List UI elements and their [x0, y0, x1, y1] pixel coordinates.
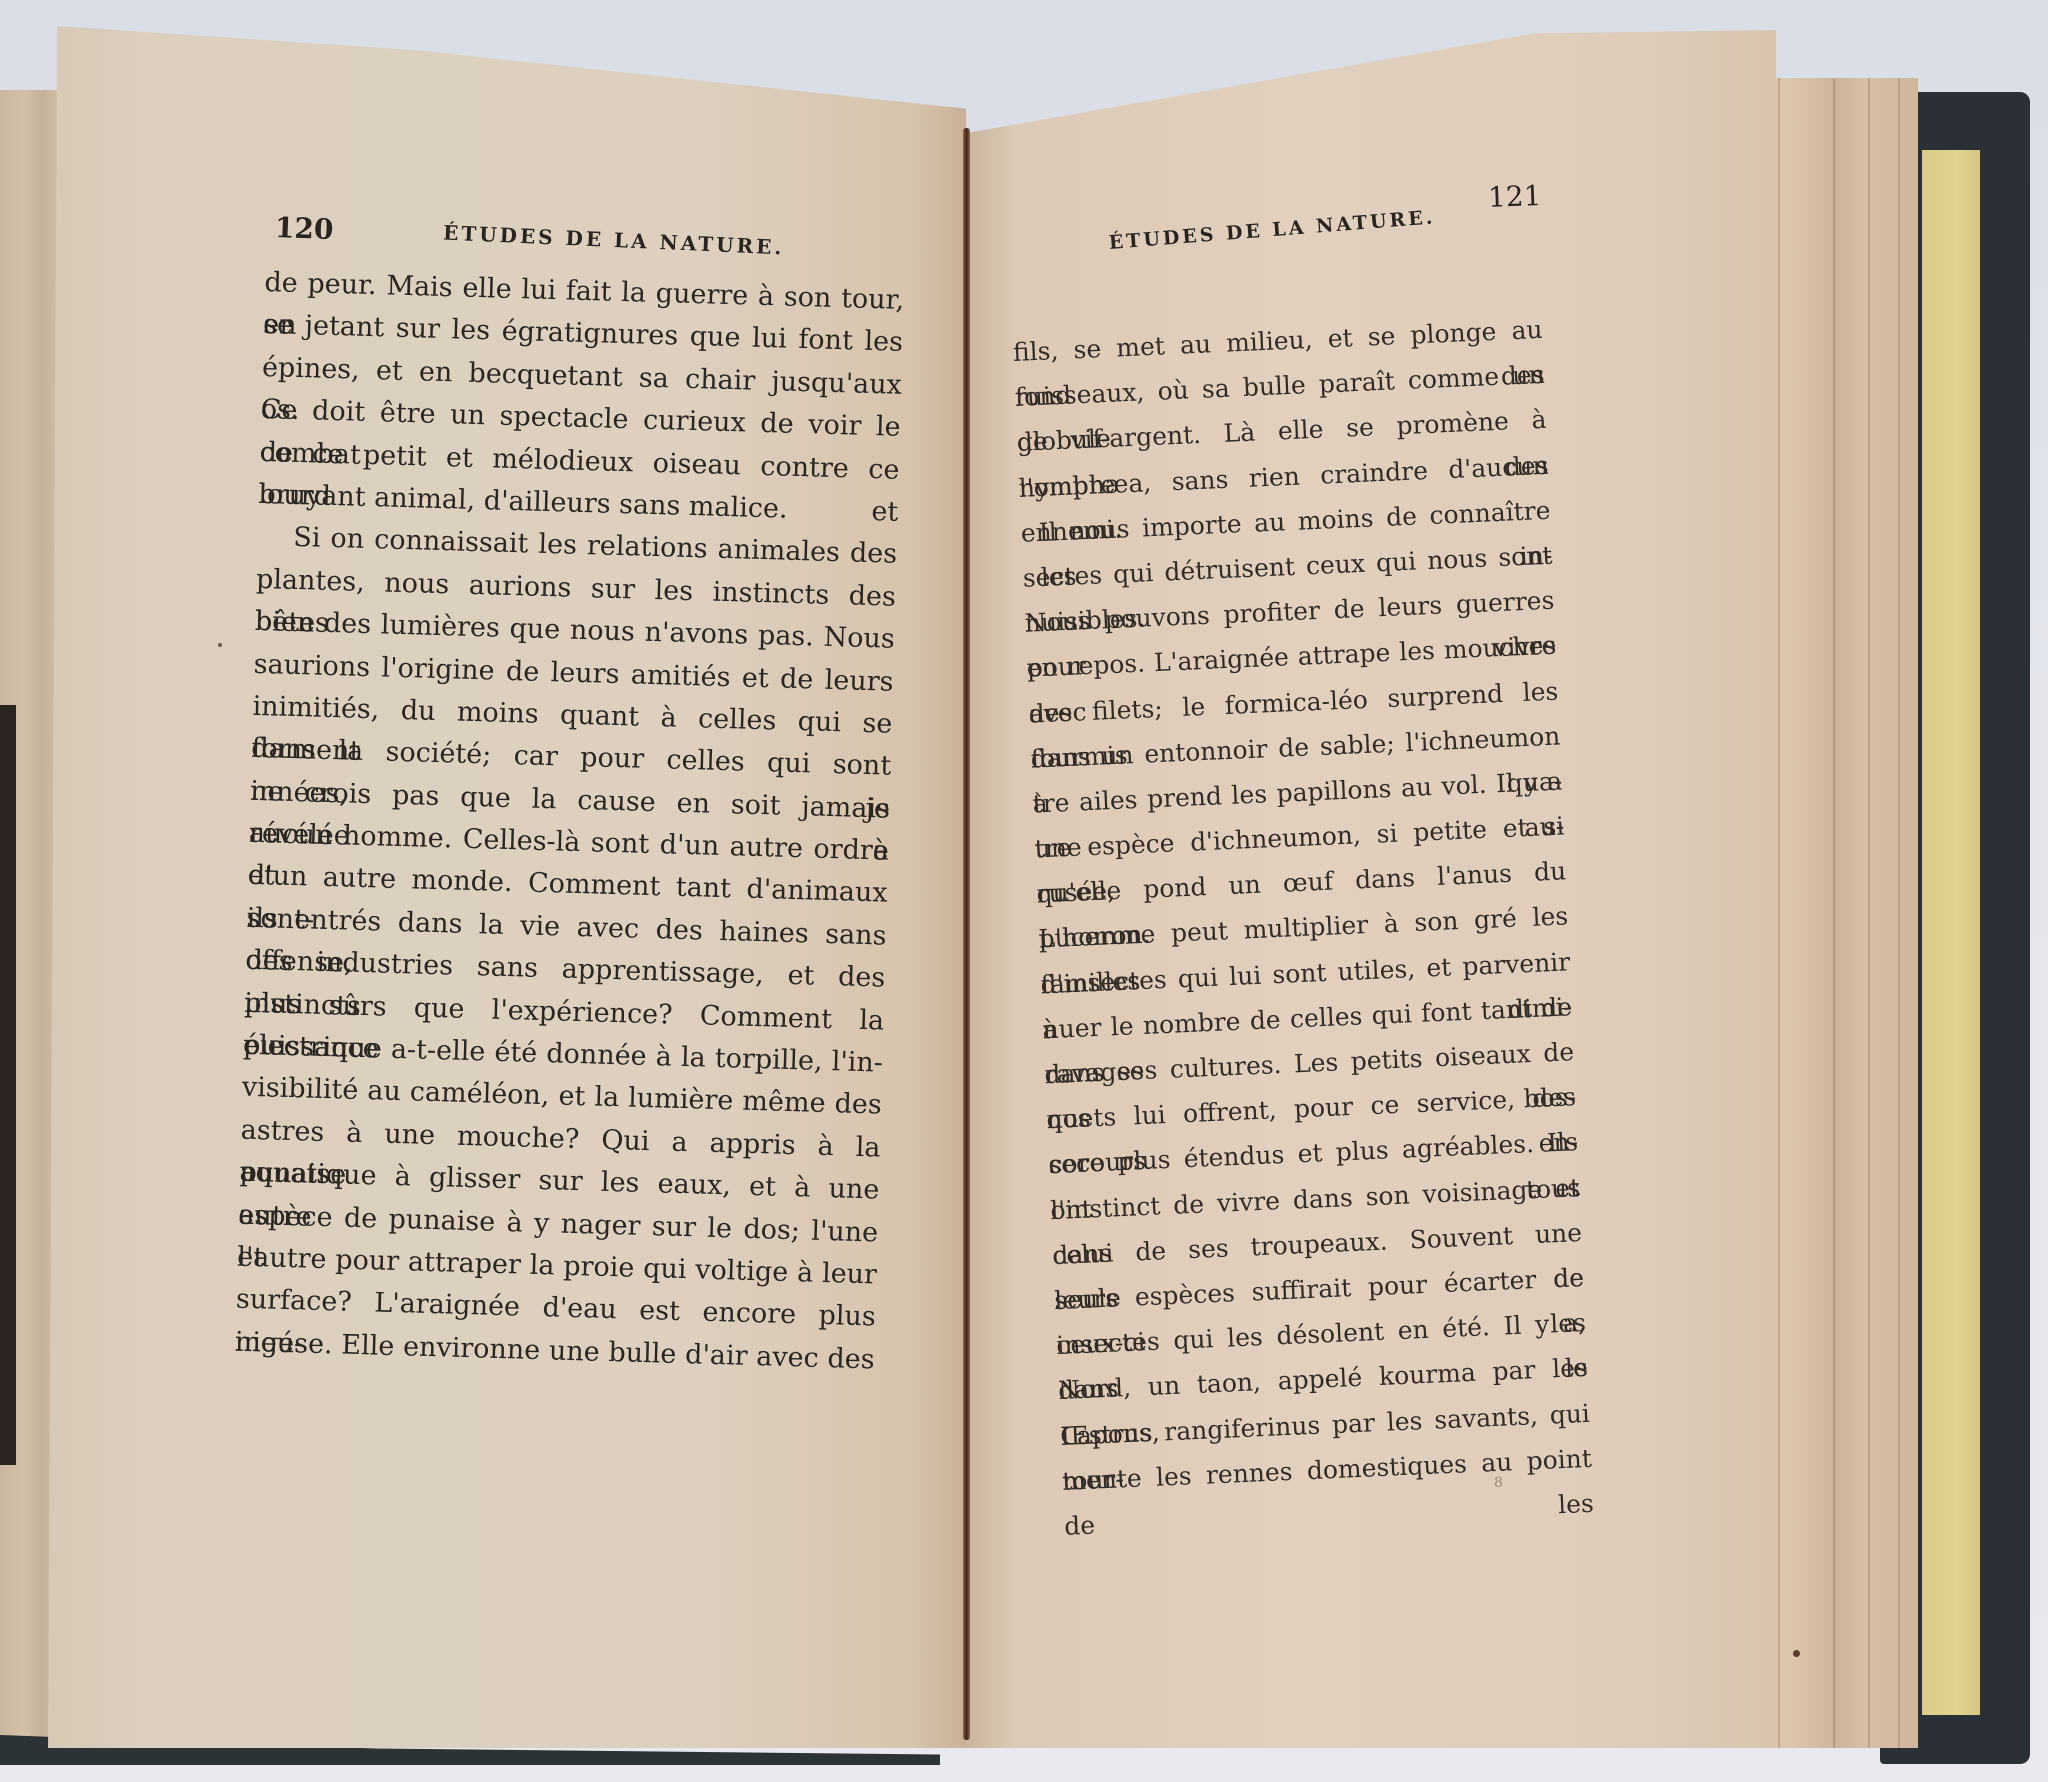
- left-page-body: de peur. Mais elle lui fait la guerre à …: [234, 262, 905, 1382]
- right-page-body: fils, se met au milieu, et se plonge au …: [1012, 307, 1593, 1504]
- ink-speck: [1793, 1650, 1800, 1657]
- page-number-left: 120: [274, 211, 334, 246]
- signature-mark: 8: [1494, 1475, 1503, 1491]
- page-number-right: 121: [1487, 179, 1542, 214]
- book-gutter: [963, 128, 970, 1740]
- cover-edge-left: [0, 705, 16, 1465]
- ink-speck: [218, 643, 222, 647]
- endpaper: [1922, 150, 1980, 1715]
